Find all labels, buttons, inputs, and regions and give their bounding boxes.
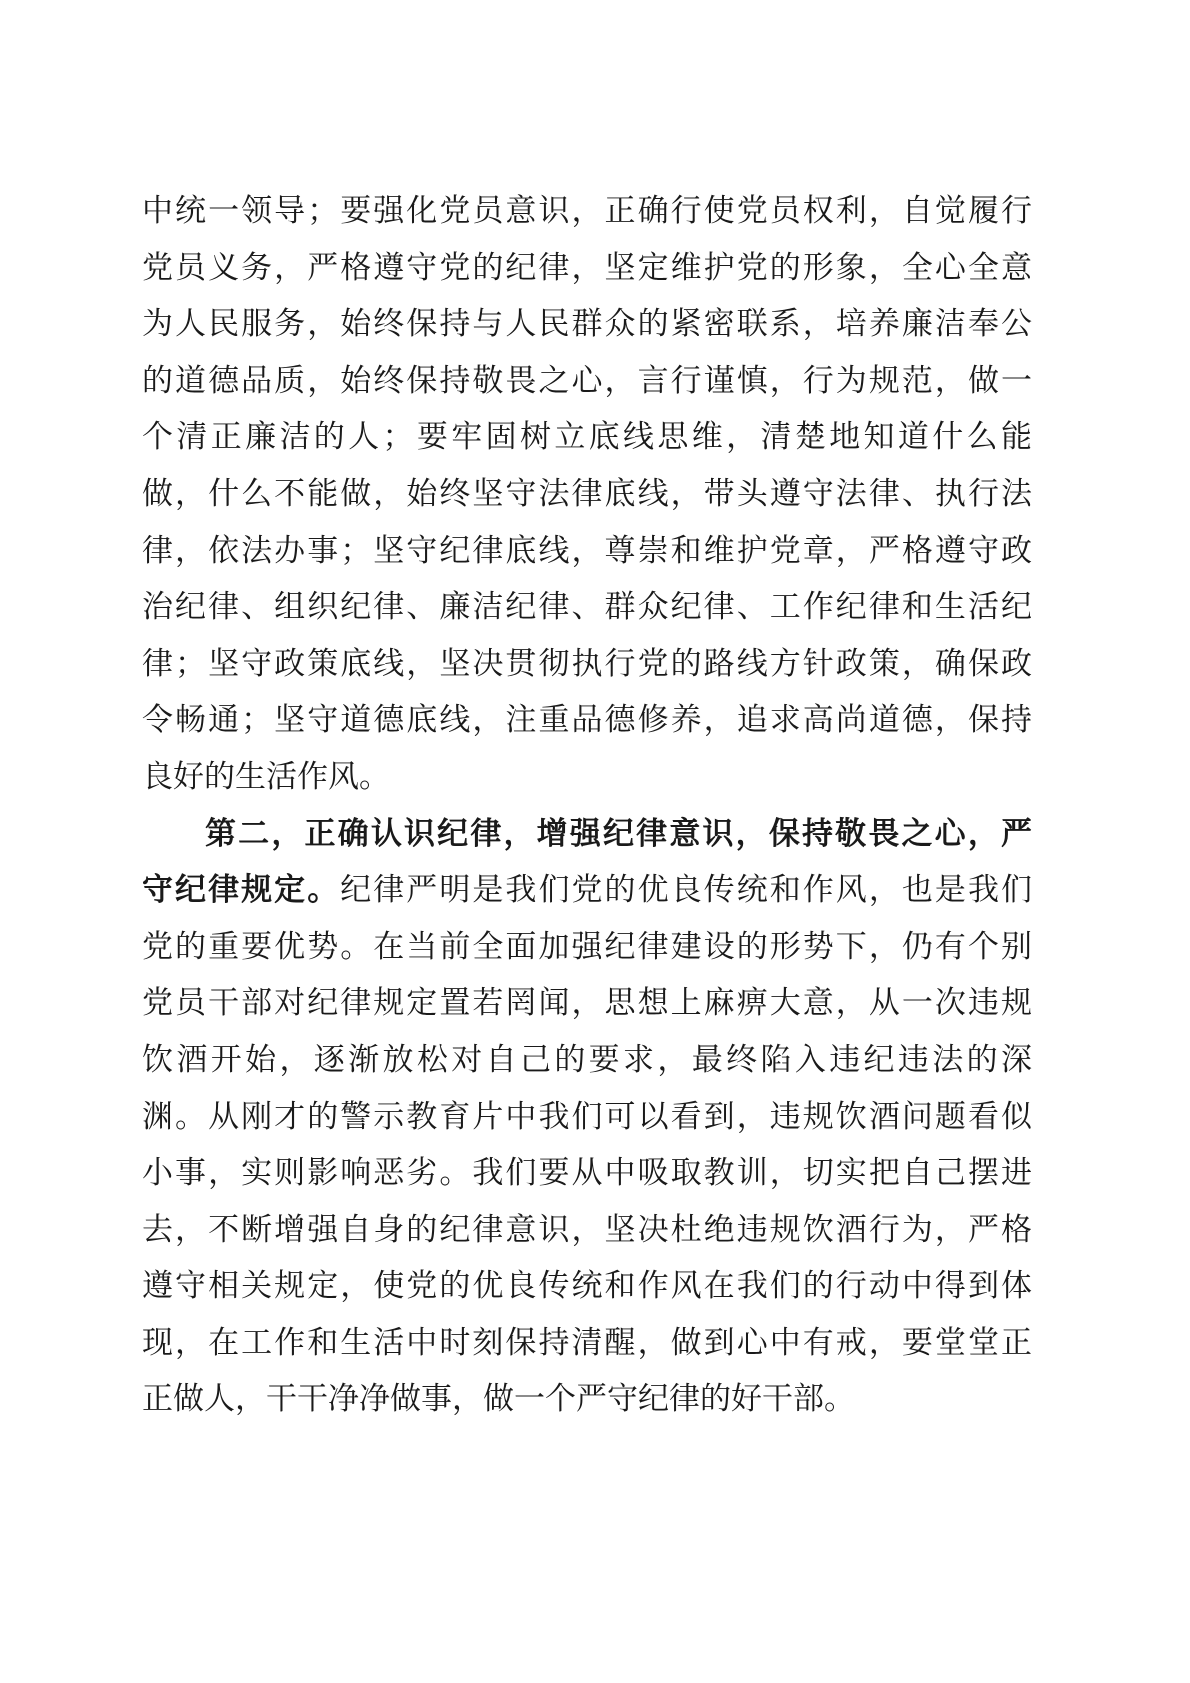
text-segment: 令畅通；坚守道德底线，注重品德修养，追求高尚道德，保持: [142, 702, 1032, 738]
text-line: 去，不断增强自身的纪律意识，坚决杜绝违规饮酒行为，严格: [142, 1202, 1032, 1259]
text-segment: 的道德品质，始终保持敬畏之心，言行谨慎，行为规范，做一: [142, 363, 1032, 399]
text-line: 党员义务，严格遵守党的纪律，坚定维护党的形象，全心全意: [142, 240, 1032, 297]
text-segment: 饮酒开始，逐渐放松对自己的要求，最终陷入违纪违法的深: [142, 1042, 1032, 1078]
text-line: 令畅通；坚守道德底线，注重品德修养，追求高尚道德，保持: [142, 692, 1032, 749]
text-segment: 现，在工作和生活中时刻保持清醒，做到心中有戒，要堂堂正: [142, 1325, 1032, 1361]
text-line: 现，在工作和生活中时刻保持清醒，做到心中有戒，要堂堂正: [142, 1315, 1032, 1372]
text-line: 小事，实则影响恶劣。我们要从中吸取教训，切实把自己摆进: [142, 1145, 1032, 1202]
text-segment: 个清正廉洁的人；要牢固树立底线思维，清楚地知道什么能: [142, 419, 1032, 455]
text-segment: 做，什么不能做，始终坚守法律底线，带头遵守法律、执行法: [142, 476, 1032, 512]
text-segment: 去，不断增强自身的纪律意识，坚决杜绝违规饮酒行为，严格: [142, 1212, 1032, 1248]
text-segment: 良好的生活作风。: [142, 759, 390, 795]
text-segment: 党员义务，严格遵守党的纪律，坚定维护党的形象，全心全意: [142, 250, 1032, 286]
text-line: 中统一领导；要强化党员意识，正确行使党员权利，自觉履行: [142, 183, 1032, 240]
text-line: 为人民服务，始终保持与人民群众的紧密联系，培养廉洁奉公: [142, 296, 1032, 353]
text-line: 做，什么不能做，始终坚守法律底线，带头遵守法律、执行法: [142, 466, 1032, 523]
text-segment: 党员干部对纪律规定置若罔闻，思想上麻痹大意，从一次违规: [142, 985, 1032, 1021]
text-line: 良好的生活作风。: [142, 749, 1032, 806]
text-line: 渊。从刚才的警示教育片中我们可以看到，违规饮酒问题看似: [142, 1089, 1032, 1146]
text-line: 遵守相关规定，使党的优良传统和作风在我们的行动中得到体: [142, 1258, 1032, 1315]
text-segment: 律，依法办事；坚守纪律底线，尊崇和维护党章，严格遵守政: [142, 533, 1032, 569]
text-segment: 律；坚守政策底线，坚决贯彻执行党的路线方针政策，确保政: [142, 646, 1032, 682]
text-line: 守纪律规定。纪律严明是我们党的优良传统和作风，也是我们: [142, 862, 1032, 919]
text-line: 正做人，干干净净做事，做一个严守纪律的好干部。: [142, 1371, 1032, 1428]
text-line: 治纪律、组织纪律、廉洁纪律、群众纪律、工作纪律和生活纪: [142, 579, 1032, 636]
text-line: 党员干部对纪律规定置若罔闻，思想上麻痹大意，从一次违规: [142, 975, 1032, 1032]
text-segment: 正做人，干干净净做事，做一个严守纪律的好干部。: [142, 1381, 855, 1417]
text-line: 第二，正确认识纪律，增强纪律意识，保持敬畏之心，严: [142, 806, 1032, 863]
text-segment: 第二，正确认识纪律，增强纪律意识，保持敬畏之心，严: [205, 816, 1032, 852]
text-segment: 党的重要优势。在当前全面加强纪律建设的形势下，仍有个别: [142, 929, 1032, 965]
document-body: 中统一领导；要强化党员意识，正确行使党员权利，自觉履行党员义务，严格遵守党的纪律…: [142, 183, 1032, 1428]
text-line: 律；坚守政策底线，坚决贯彻执行党的路线方针政策，确保政: [142, 636, 1032, 693]
text-segment: 渊。从刚才的警示教育片中我们可以看到，违规饮酒问题看似: [142, 1099, 1032, 1135]
text-line: 党的重要优势。在当前全面加强纪律建设的形势下，仍有个别: [142, 919, 1032, 976]
text-line: 的道德品质，始终保持敬畏之心，言行谨慎，行为规范，做一: [142, 353, 1032, 410]
document-page: 中统一领导；要强化党员意识，正确行使党员权利，自觉履行党员义务，严格遵守党的纪律…: [0, 0, 1190, 1683]
text-line: 律，依法办事；坚守纪律底线，尊崇和维护党章，严格遵守政: [142, 523, 1032, 580]
text-segment: 为人民服务，始终保持与人民群众的紧密联系，培养廉洁奉公: [142, 306, 1032, 342]
text-segment: 治纪律、组织纪律、廉洁纪律、群众纪律、工作纪律和生活纪: [142, 589, 1032, 625]
text-segment: 小事，实则影响恶劣。我们要从中吸取教训，切实把自己摆进: [142, 1155, 1032, 1191]
text-segment: 遵守相关规定，使党的优良传统和作风在我们的行动中得到体: [142, 1268, 1032, 1304]
text-segment: 纪律严明是我们党的优良传统和作风，也是我们: [340, 872, 1032, 908]
text-segment: 中统一领导；要强化党员意识，正确行使党员权利，自觉履行: [142, 193, 1032, 229]
text-segment: 守纪律规定。: [142, 872, 340, 908]
text-line: 个清正廉洁的人；要牢固树立底线思维，清楚地知道什么能: [142, 409, 1032, 466]
text-line: 饮酒开始，逐渐放松对自己的要求，最终陷入违纪违法的深: [142, 1032, 1032, 1089]
